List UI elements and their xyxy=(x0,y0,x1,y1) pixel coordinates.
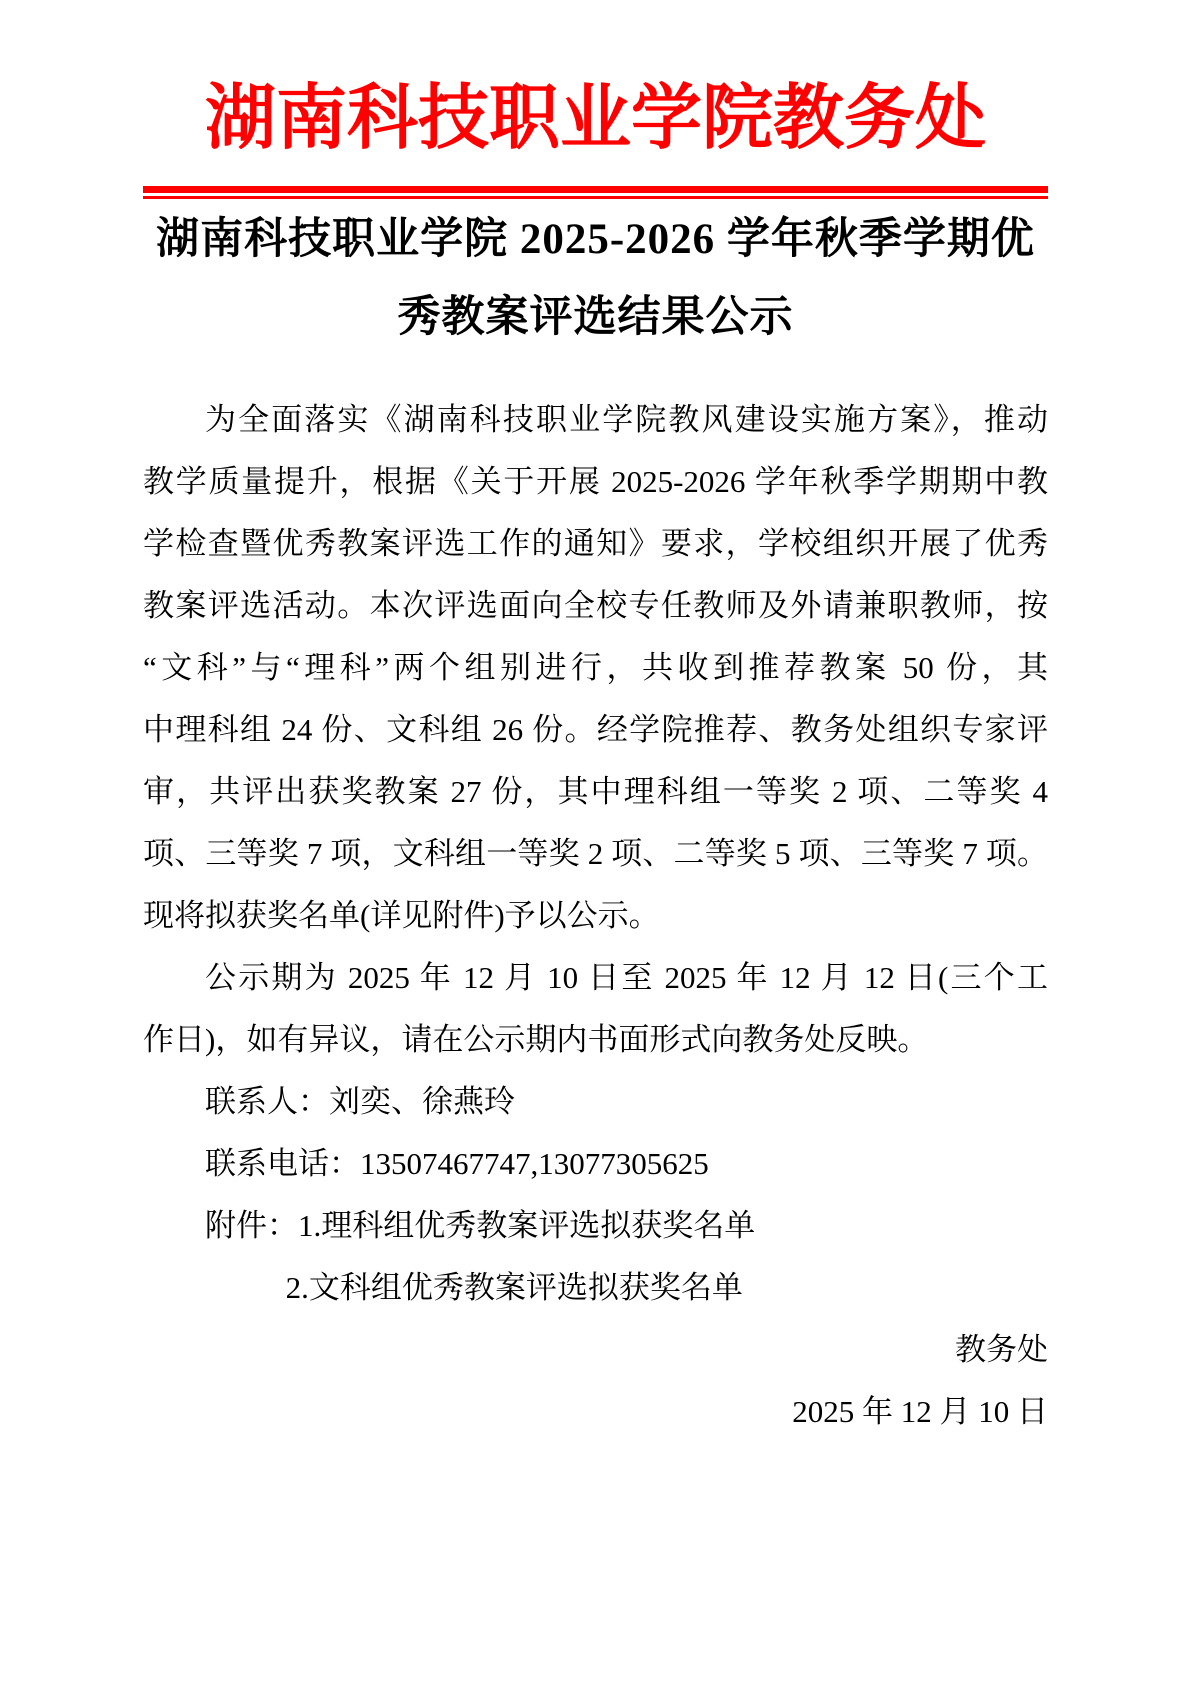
body-line: 为全面落实《湖南科技职业学院教风建设实施方案》，推动 xyxy=(143,389,1048,451)
body-line: 公示期为 2025 年 12 月 10 日至 2025 年 12 月 12 日(… xyxy=(143,947,1048,1009)
body-line: 作日)，如有异议，请在公示期内书面形式向教务处反映。 xyxy=(143,1009,1048,1071)
body-line: 2025 年 12 月 10 日 xyxy=(143,1381,1048,1443)
body-line: 项、三等奖 7 项，文科组一等奖 2 项、二等奖 5 项、三等奖 7 项。 xyxy=(143,823,1048,885)
document-page: 湖南科技职业学院教务处 湖南科技职业学院 2025-2026 学年秋季学期优 秀… xyxy=(0,0,1191,1684)
body-line: “文科”与“理科”两个组别进行，共收到推荐教案 50 份，其 xyxy=(143,637,1048,699)
separator-thick-bar xyxy=(143,186,1048,193)
body-line: 现将拟获奖名单(详见附件)予以公示。 xyxy=(143,885,1048,947)
document-title-line-1: 湖南科技职业学院 2025-2026 学年秋季学期优 xyxy=(143,201,1048,279)
separator-thin-bar xyxy=(143,196,1048,199)
document-title-line-2: 秀教案评选结果公示 xyxy=(143,279,1048,357)
body-line: 联系人：刘奕、徐燕玲 xyxy=(143,1071,1048,1133)
body-line: 联系电话：13507467747,13077305625 xyxy=(143,1133,1048,1195)
document-title: 湖南科技职业学院 2025-2026 学年秋季学期优 秀教案评选结果公示 xyxy=(143,201,1048,357)
body-line: 中理科组 24 份、文科组 26 份。经学院推荐、教务处组织专家评 xyxy=(143,699,1048,761)
body-line: 学检查暨优秀教案评选工作的通知》要求，学校组织开展了优秀 xyxy=(143,513,1048,575)
body-line: 教学质量提升，根据《关于开展 2025-2026 学年秋季学期期中教 xyxy=(143,451,1048,513)
letterhead-separator-rule xyxy=(143,186,1048,199)
body-line: 教案评选活动。本次评选面向全校专任教师及外请兼职教师，按 xyxy=(143,575,1048,637)
body-line: 附件：1.理科组优秀教案评选拟获奖名单 xyxy=(143,1195,1048,1257)
body-lines: 为全面落实《湖南科技职业学院教风建设实施方案》，推动教学质量提升，根据《关于开展… xyxy=(143,389,1048,1443)
body-line: 审，共评出获奖教案 27 份，其中理科组一等奖 2 项、二等奖 4 xyxy=(143,761,1048,823)
letterhead-org-name: 湖南科技职业学院教务处 xyxy=(143,84,1048,155)
body-line: 教务处 xyxy=(143,1319,1048,1381)
body-line: 2.文科组优秀教案评选拟获奖名单 xyxy=(143,1257,1048,1319)
